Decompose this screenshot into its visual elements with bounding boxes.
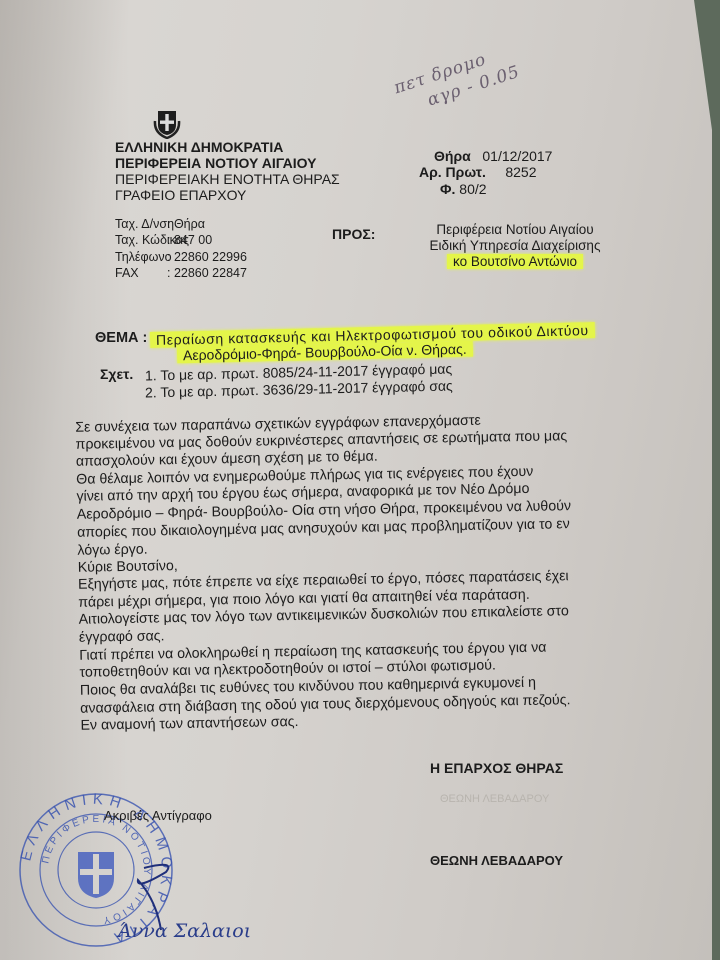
header-line-2: ΠΕΡΙΦΕΡΕΙΑ ΝΟΤΙΟΥ ΑΙΓΑΙΟΥ <box>115 155 316 171</box>
recipient-line-1: Περιφέρεια Νοτίου Αιγαίου <box>375 222 655 237</box>
header-line-3: ΠΕΡΙΦΕΡΕΙΑΚΗ ΕΝΟΤΗΤΑ ΘΗΡΑΣ <box>115 171 340 187</box>
header-line-4: ΓΡΑΦΕΙΟ ΕΠΑΡΧΟΥ <box>115 187 246 203</box>
recipient-line-3: κο Βουτσίνο Αντώνιο <box>375 254 655 269</box>
signature-name: ΘΕΩΝΗ ΛΕΒΑΔΑΡΟΥ <box>430 853 563 868</box>
handwritten-signature: Άννα Σαλαιοι <box>118 920 251 942</box>
subject-label: ΘΕΜΑ : <box>95 330 147 346</box>
place-date: Θήρα 01/12/2017 <box>434 148 552 164</box>
document-page: πετ δρομο αγρ - 0.05 ΕΛΛΗΝΙΚΗ ΔΗΜΟΚΡΑΤΙΑ… <box>0 0 712 960</box>
recipient-label: ΠΡΟΣ: <box>332 226 375 242</box>
stamp-emblem-icon <box>78 852 114 898</box>
protocol-number: Αρ. Πρωτ. 8252 <box>419 164 537 180</box>
signature-title: Η ΕΠΑΡΧΟΣ ΘΗΡΑΣ <box>430 760 563 776</box>
recipient-line-2: Ειδική Υπηρεσία Διαχείρισης <box>375 238 655 253</box>
exact-copy-label: Ακριβές Αντίγραφο <box>104 808 212 823</box>
greek-coat-of-arms-icon <box>152 107 182 139</box>
references-label: Σχετ. <box>100 366 133 382</box>
header-line-1: ΕΛΛΗΝΙΚΗ ΔΗΜΟΚΡΑΤΙΑ <box>115 139 283 155</box>
signature-faint-text: ΘΕΩΝΗ ΛΕΒΑΔΑΡΟΥ <box>440 793 549 805</box>
file-number: Φ. 80/2 <box>440 181 487 197</box>
handwritten-note: πετ δρομο αγρ - 0.05 <box>391 40 523 120</box>
